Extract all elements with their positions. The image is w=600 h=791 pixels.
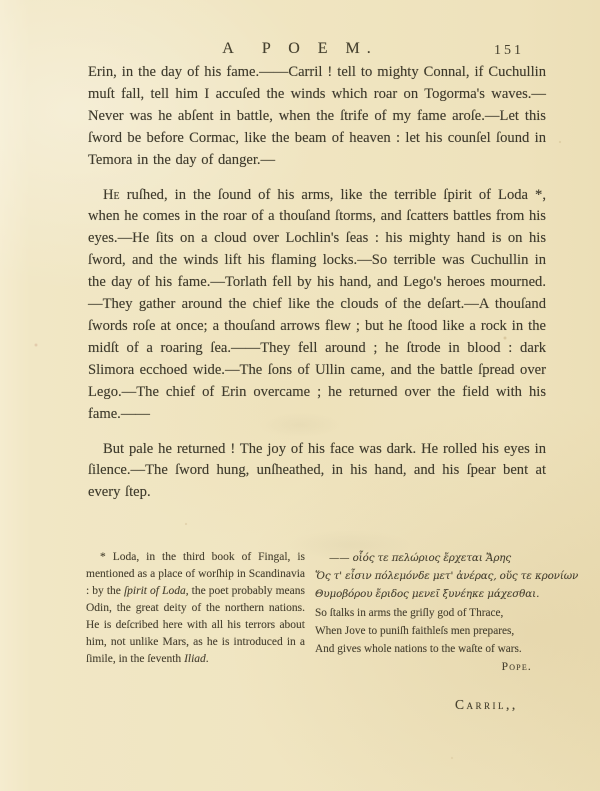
paragraph-he-rushed: He ruſhed, in the ſound of his arms, lik… xyxy=(88,185,546,426)
footnote-italic-phrase: Iliad xyxy=(184,653,206,665)
translation-line: And gives whole nations to the waſte of … xyxy=(315,640,548,658)
translation-line: So ſtalks in arms the griſly god of Thra… xyxy=(315,604,548,622)
paragraph-erin: Erin, in the day of his fame.——Carril ! … xyxy=(88,62,546,172)
scanned-book-page: A P O E M. 151 Erin, in the day of his f… xyxy=(0,0,600,791)
footnote-text: . xyxy=(206,653,209,665)
translation-line: When Jove to puniſh faithleſs men prepar… xyxy=(315,622,548,640)
paragraph-text: Erin, in the day of his fame.——Carril ! … xyxy=(88,64,546,168)
catchword: Carril,, xyxy=(455,697,518,713)
body-text: Erin, in the day of his fame.——Carril ! … xyxy=(88,62,546,504)
footnote-section: * Loda, in the third book of Fingal, is … xyxy=(86,549,548,676)
footnote-loda-note: * Loda, in the third book of Fingal, is … xyxy=(86,549,305,676)
page-number: 151 xyxy=(494,43,524,59)
paragraph-lead: He xyxy=(103,187,120,203)
footnote-homer-quotation: —— οἷός τε πελώριος ἔρχεται Ἄρης Ὅς τ' ε… xyxy=(315,549,548,676)
paragraph-text: But pale he returned ! The joy of his fa… xyxy=(88,441,546,501)
translator-attribution: Pope. xyxy=(315,658,548,676)
greek-quote-line: Ὅς τ' εἶσιν πόλεμόνδε μετ' ἀνέρας, οὕς τ… xyxy=(315,567,548,585)
greek-quote-line: —— οἷός τε πελώριος ἔρχεται Ἄρης xyxy=(315,549,548,567)
greek-quote-line: Θυμοβόρου ἔριδος μενεῖ ξυνέηκε μάχεσθαι. xyxy=(315,585,548,603)
paragraph-but-pale: But pale he returned ! The joy of his fa… xyxy=(88,439,546,505)
footnote-italic-phrase: ſpirit of Loda xyxy=(124,585,186,597)
paragraph-text: ruſhed, in the ſound of his arms, like t… xyxy=(88,187,546,422)
